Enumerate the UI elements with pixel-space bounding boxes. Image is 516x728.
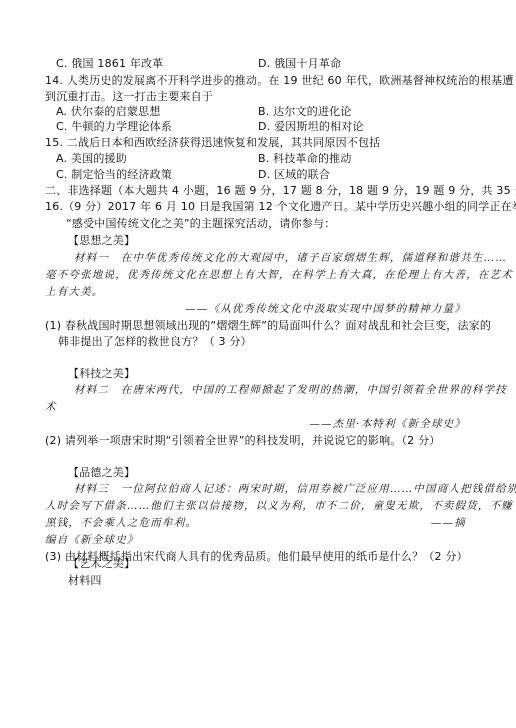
question-1-line2: 韩非提出了怎样的救世良方？（ 3 分） bbox=[58, 335, 252, 349]
material-3-source-dash: ——摘 bbox=[431, 516, 466, 530]
q16-stem-line1: 16.（9 分）2017 年 6 月 10 日是我国第 12 个文化遗产日。某中… bbox=[45, 200, 516, 214]
section2-heading: 二、非选择题（本大题共 4 小题，16 题 9 分，17 题 8 分，18 题 … bbox=[45, 184, 516, 198]
question-2: (2) 请列举一项唐宋时期“引领着全世界”的科技发明，并说说它的影响。（2 分） bbox=[45, 434, 440, 448]
material-3-line3: 黑钱，不会乘人之危而牟利。 bbox=[45, 516, 197, 530]
technology-heading: 【科技之美】 bbox=[68, 367, 135, 381]
material-3-line2: 人时会写下借条……他们主张以信接物，以义为利，市不二价，童叟无欺，不卖假货，不赚 bbox=[45, 499, 513, 513]
q14-option-a: A. 伏尔泰的启蒙思想 bbox=[56, 105, 161, 119]
thought-heading: 【思想之美】 bbox=[68, 234, 135, 248]
question-1-line1: (1) 春秋战国时期思想领域出现的“熠熠生辉”的局面叫什么？面对战乱和社会巨变，… bbox=[45, 319, 491, 333]
material-3-source: 编自《新全球史》 bbox=[45, 533, 139, 547]
material-4-label: 材料四 bbox=[68, 574, 102, 588]
q14-option-d: D. 爱因斯坦的相对论 bbox=[258, 120, 364, 134]
material-1-line3: 上有大美。 bbox=[45, 285, 104, 299]
art-heading: 【艺术之美】 bbox=[68, 557, 135, 571]
material-1-line1: 材料一 在中华优秀传统文化的大观园中，诸子百家熠熠生辉，儒道释和谐共生…… bbox=[74, 251, 507, 265]
q15-option-c: C. 制定恰当的经济政策 bbox=[56, 168, 172, 182]
q15-stem: 15. 二战后日本和西欧经济获得迅速恢复和发展，其共同原因不包括 bbox=[45, 136, 380, 150]
material-3-line1: 材料三 一位阿拉伯商人记述：两宋时期，信用券被广泛应用……中国商人把钱借给别 bbox=[74, 482, 516, 496]
material-1-line2: 毫不夸张地说，优秀传统文化在思想上有大智，在科学上有大真，在伦理上有大善，在艺术 bbox=[45, 268, 513, 282]
q13-option-d: D. 俄国十月革命 bbox=[258, 57, 341, 71]
material-2-line1: 材料二 在唐宋两代，中国的工程师掀起了发明的热潮，中国引领着全世界的科学技 bbox=[74, 383, 507, 397]
q14-option-b: B. 达尔文的进化论 bbox=[258, 105, 352, 119]
q15-option-d: D. 区域的联合 bbox=[258, 168, 330, 182]
material-2-line2: 术 bbox=[45, 400, 57, 414]
q15-option-a: A. 美国的援助 bbox=[56, 152, 127, 166]
q14-stem-line2: 到沉重打击。这一打击主要来自于 bbox=[45, 90, 213, 104]
material-1-source: ——《从优秀传统文化中汲取实现中国梦的精神力量》 bbox=[185, 302, 466, 316]
q16-stem-line2: “感受中国传统文化之美”的主题探究活动，请你参与： bbox=[66, 217, 335, 231]
q15-option-b: B. 科技革命的推动 bbox=[258, 152, 352, 166]
q13-option-c: C. 俄国 1861 年改革 bbox=[56, 57, 163, 71]
q14-stem-line1: 14. 人类历史的发展离不开科学进步的推动。在 19 世纪 60 年代，欧洲基督… bbox=[45, 74, 514, 88]
q14-option-c: C. 牛顿的力学理论体系 bbox=[56, 120, 172, 134]
morality-heading: 【品德之美】 bbox=[68, 466, 135, 480]
material-2-source: ——杰里·本特利《新全球史》 bbox=[309, 417, 466, 431]
